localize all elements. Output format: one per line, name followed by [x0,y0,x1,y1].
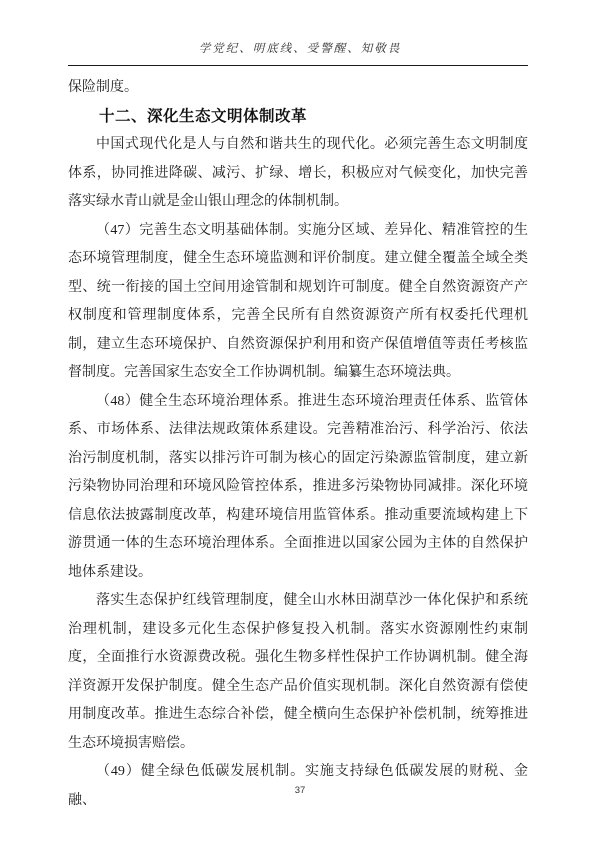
body-paragraph: （48）健全生态环境治理体系。推进生态环境治理责任体系、监管体系、市场体系、法律… [68,388,528,588]
page-number: 37 [0,785,600,796]
leading-paragraph: 保险制度。 [68,74,528,103]
body-paragraph: （47）完善生态文明基础体制。实施分区域、差异化、精准管控的生态环境管理制度，健… [68,217,528,388]
document-page: 学党纪、明底线、受警醒、知敬畏 保险制度。 十二、深化生态文明体制改革 中国式现… [0,0,600,848]
body-paragraph: 中国式现代化是人与自然和谐共生的现代化。必须完善生态文明制度体系，协同推进降碳、… [68,131,528,217]
section-heading: 十二、深化生态文明体制改革 [68,103,528,132]
header-rule [68,65,528,66]
running-header: 学党纪、明底线、受警醒、知敬畏 [0,40,600,56]
body-paragraph: 落实生态保护红线管理制度，健全山水林田湖草沙一体化保护和系统治理机制，建设多元化… [68,587,528,758]
page-content: 保险制度。 十二、深化生态文明体制改革 中国式现代化是人与自然和谐共生的现代化。… [68,74,528,815]
